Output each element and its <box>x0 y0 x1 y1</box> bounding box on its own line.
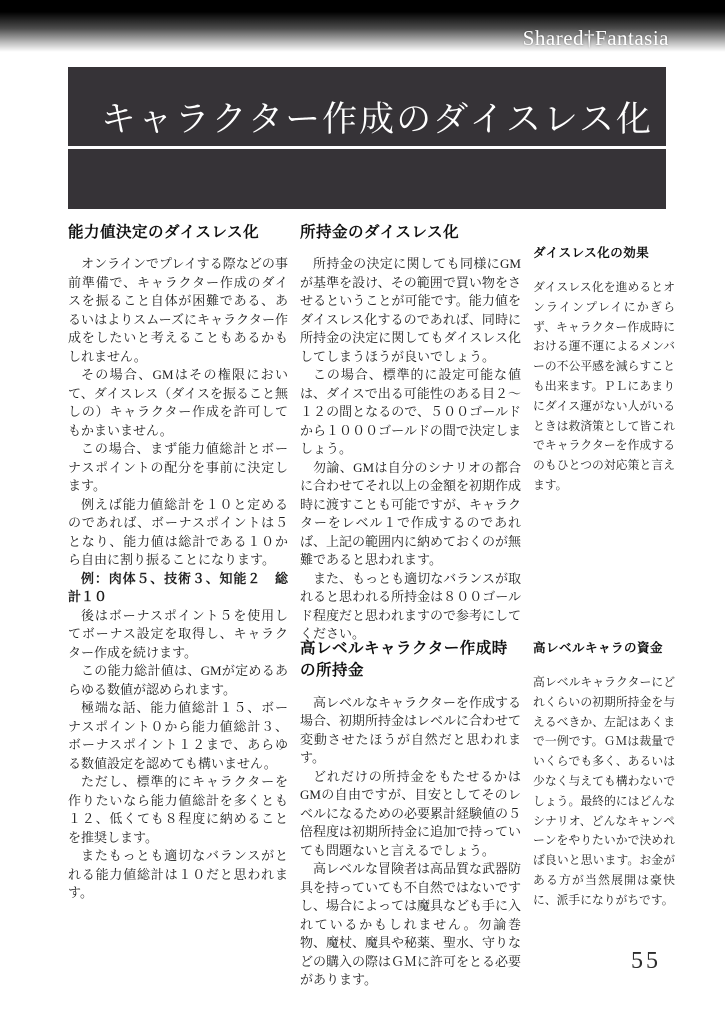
section-heading: 能力値決定のダイスレス化 <box>68 222 288 244</box>
chapter-title-block: キャラクター作成のダイスレス化 <box>68 67 666 209</box>
paragraph: この場合、まず能力値総計とボーナスポイントの配分を事前に決定します。 <box>68 440 288 496</box>
header-gradient-band: Shared†Fantasia <box>0 0 725 54</box>
paragraph: 後はボーナスポイント５を使用してボーナス設定を取得し、キャラクター作成を続けます… <box>68 607 288 663</box>
sidebar-note-body: 高レベルキャラクターにどれくらいの初期所持金を与えるべきか、左記はあくまで一例で… <box>533 673 675 911</box>
paragraph: その場合、GMはその権限において、ダイスレス（ダイスを振ること無しの）キャラクタ… <box>68 366 288 440</box>
paragraph: ただし、標準的にキャラクターを作りたいなら能力値総計を多くとも１２、低くても８程… <box>68 773 288 847</box>
example-line: 例：肉体５、技術３、知能２ 総計１０ <box>68 570 288 607</box>
section-heading: 高レベルキャラクター作成時の所持金 <box>300 638 521 683</box>
section-highlevel-character-money: 高レベルキャラクター作成時の所持金 高レベルなキャラクターを作成する場合、初期所… <box>300 638 521 990</box>
page-number: 55 <box>631 948 661 975</box>
paragraph: 高レベルなキャラクターを作成する場合、初期所持金はレベルに合わせて変動させたほう… <box>300 694 521 768</box>
paragraph: またもっとも適切なバランスがとれる能力値総計は１０だと思われます。 <box>68 847 288 903</box>
sidebar-note-diceless-effect: ダイスレス化の効果 ダイスレス化を進めるとオンラインプレイにかぎらず、キャラクタ… <box>533 243 675 496</box>
chapter-title: キャラクター作成のダイスレス化 <box>68 67 666 149</box>
title-block-lower-band <box>68 149 666 209</box>
paragraph: 所持金の決定に関しても同様にGMが基準を設け、その範囲で買い物をさせるということ… <box>300 255 521 366</box>
paragraph: この場合、標準的に設定可能な値は、ダイスで出る可能性のある目２〜１２の間となるの… <box>300 366 521 459</box>
paragraph: また、もっとも適切なバランスが取れると思われる所持金は８００ゴールド程度だと思わ… <box>300 570 521 644</box>
book-page: Shared†Fantasia キャラクター作成のダイスレス化 能力値決定のダイ… <box>0 0 725 1024</box>
paragraph: 高レベルな冒険者は高品質な武器防具を持っていても不自然ではないですし、場合によっ… <box>300 860 521 990</box>
sidebar-note-highlevel-funds: 高レベルキャラの資金 高レベルキャラクターにどれくらいの初期所持金を与えるべきか… <box>533 638 675 911</box>
paragraph: 極端な話、能力値総計１５、ボーナスポイント０から能力値総計３、ボーナスポイント１… <box>68 699 288 773</box>
brand-logo-text: Shared†Fantasia <box>523 26 669 51</box>
paragraph: 例えば能力値総計を１０と定めるのであれば、ボーナスポイントは５となり、能力値は総… <box>68 496 288 570</box>
section-money-diceless: 所持金のダイスレス化 所持金の決定に関しても同様にGMが基準を設け、その範囲で買… <box>300 222 521 644</box>
paragraph: この能力総計値は、GMが定めるあらゆる数値が認められます。 <box>68 662 288 699</box>
sidebar-note-body: ダイスレス化を進めるとオンラインプレイにかぎらず、キャラクター作成時における運不… <box>533 278 675 496</box>
sidebar-note-heading: 高レベルキャラの資金 <box>533 638 675 656</box>
paragraph: どれだけの所持金をもたせるかはGMの自由ですが、目安としてそのレベルになるための… <box>300 768 521 861</box>
paragraph: オンラインでプレイする際などの事前準備で、キャラクター作成のダイスを振ること自体… <box>68 255 288 366</box>
sidebar-note-heading: ダイスレス化の効果 <box>533 243 675 261</box>
section-ability-score-diceless: 能力値決定のダイスレス化 オンラインでプレイする際などの事前準備で、キャラクター… <box>68 222 288 903</box>
paragraph: 勿論、GMは自分のシナリオの都合に合わせてそれ以上の金額を初期作成時に渡すことも… <box>300 459 521 570</box>
section-heading: 所持金のダイスレス化 <box>300 222 521 244</box>
